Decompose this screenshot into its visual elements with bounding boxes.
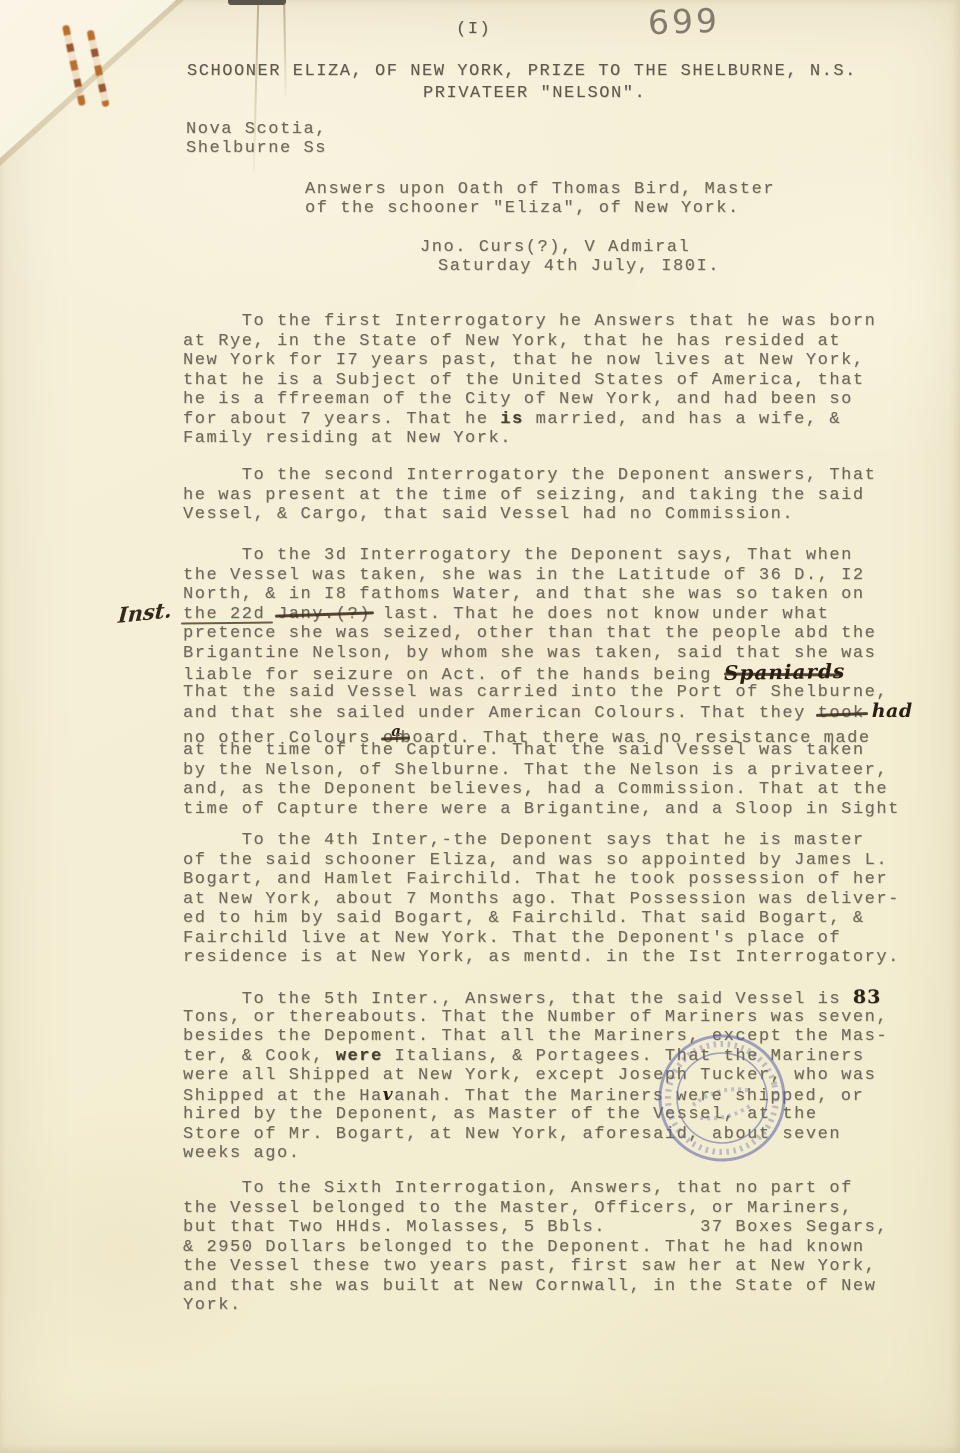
typed-text: Tons, or thereabouts. That the Number of… [183,1008,888,1027]
handwritten-correction: had [865,700,913,722]
text-line: Family residing at New York. [183,429,876,449]
typed-text: pretence she was seized, other than that… [183,624,876,643]
text-line: Tons, or thereabouts. That the Number of… [183,1008,888,1028]
typed-text: were [336,1047,383,1066]
typed-text: 83 [853,986,881,1008]
typed-text: for about 7 years. That he [183,410,500,429]
text-line: he was present at the time of seizing, a… [183,486,876,506]
text-line: the Vessel these two years past, first s… [183,1257,888,1277]
typed-text: the Vessel belonged to the Master, Offic… [183,1199,853,1218]
typed-text: but that Two HHds. Molasses, 5 Bbls. 37 … [183,1218,888,1237]
court-officer-line: Jno. Curs(?), V Admiral [420,238,690,257]
margin-note-handwritten: Inst. [117,597,172,628]
typed-text: besides the Depoment. That all the Marin… [183,1027,888,1046]
handwritten-correction: Spaniards [723,662,845,684]
handwritten-correction: v [383,1085,394,1105]
typed-text: is [500,410,524,429]
typed-text: To the 5th Inter., Answers, that the sai… [183,990,853,1009]
typed-text: last. That he does not know under what [371,605,829,624]
page-number: (I) [456,20,491,39]
typed-text: he is a ffreeman of the City of New York… [183,390,853,409]
typed-text: To the 3d Interrogatory the Deponent say… [183,546,853,565]
typed-text: and that she was built at New Cornwall, … [183,1277,876,1296]
paragraph-sixth-interrogatory: To the Sixth Interrogation, Answers, tha… [183,1179,888,1316]
date-line: Saturday 4th July, I80I. [438,257,720,276]
typed-text: residence is at New York, as mentd. in t… [183,948,900,967]
typed-text: Jany.(?) [277,605,371,624]
text-line: To the Sixth Interrogation, Answers, tha… [183,1179,888,1199]
typed-text: To the second Interrogatory the Deponent… [183,466,876,485]
typed-text: Fairchild live at New York. That the Dep… [183,929,841,948]
text-line: York. [183,1296,888,1316]
typed-text: the 22d [183,605,277,624]
typed-text: Italians, & Portagees. That the Mariners [383,1047,865,1066]
typed-text: of the said schooner Eliza, and was so a… [183,851,888,870]
typed-text: at New York, about 7 Months ago. That Po… [183,890,900,909]
text-line: That the said Vessel was carried into th… [183,683,913,703]
typed-text: To the first Interrogatory he Answers th… [183,312,876,331]
typed-text: at Rye, in the State of New York, that h… [183,332,841,351]
text-line: no other Colours onaboard. That there wa… [183,722,913,742]
paragraph-fourth-interrogatory: To the 4th Inter,-the Deponent says that… [183,831,900,968]
text-line: of the said schooner Eliza, and was so a… [183,851,900,871]
typed-text: Vessel, & Cargo, that said Vessel had no… [183,505,794,524]
text-line: the Vessel belonged to the Master, Offic… [183,1199,888,1219]
typed-text: New York for I7 years past, that he now … [183,351,865,370]
typed-text: and, as the Deponent believes, had a Com… [183,780,888,799]
typed-text: by the Nelson, of Shelburne. That the Ne… [183,761,888,780]
text-line: besides the Depoment. That all the Marin… [183,1027,888,1047]
text-line: Vessel, & Cargo, that said Vessel had no… [183,505,876,525]
typed-text: Shipped at the Ha [183,1087,383,1106]
typed-text: ed to him by said Bogart, & Fairchild. T… [183,909,865,928]
folio-number-handwritten: 699 [647,1,720,42]
text-line: liable for seizure on Act. of the hands … [183,663,913,683]
document-title-line1: SCHOONER ELIZA, OF NEW YORK, PRIZE TO TH… [187,62,857,81]
typed-text: time of Capture there were a Brigantine,… [183,800,900,819]
typed-text: that he is a Subject of the United State… [183,371,865,390]
text-line: and, as the Deponent believes, had a Com… [183,780,913,800]
typed-text: the Vessel was taken, she was in the Lat… [183,566,865,585]
typed-text: To the Sixth Interrogation, Answers, tha… [183,1179,853,1198]
document-title-line2: PRIVATEER "NELSON". [423,84,646,103]
text-line: ed to him by said Bogart, & Fairchild. T… [183,909,900,929]
paragraph-third-interrogatory: To the 3d Interrogatory the Deponent say… [183,546,913,819]
jurisdiction-line2: Shelburne Ss [186,139,327,158]
typed-text: on [383,729,407,748]
text-line: Fairchild live at New York. That the Dep… [183,929,900,949]
fold-crease [283,2,286,97]
text-line: residence is at New York, as mentd. in t… [183,948,900,968]
text-line: To the second Interrogatory the Deponent… [183,466,876,486]
text-line: New York for I7 years past, that he now … [183,351,876,371]
text-line: North, & in I8 fathoms Water, and that s… [183,585,913,605]
text-line: To the 5th Inter., Answers, that the sai… [183,988,888,1008]
paragraph-second-interrogatory: To the second Interrogatory the Deponent… [183,466,876,525]
text-line: the 22d Jany.(?) last. That he does not … [183,605,913,625]
typed-text: married, and has a wife, & [524,410,841,429]
typed-text: Family residing at New York. [183,429,512,448]
typed-text: he was present at the time of seizing, a… [183,486,865,505]
typed-text: and that she sailed under American Colou… [183,704,818,723]
typed-text: North, & in I8 fathoms Water, and that s… [183,585,865,604]
text-line: Bogart, and Hamlet Fairchild. That he to… [183,870,900,890]
text-line: at the time of the Capture. That the sai… [183,741,913,761]
typed-text: at the time of the Capture. That the sai… [183,741,865,760]
text-line: but that Two HHds. Molasses, 5 Bbls. 37 … [183,1218,888,1238]
jurisdiction-line1: Nova Scotia, [186,120,327,139]
text-line: for about 7 years. That he is married, a… [183,410,876,430]
typed-text: & 2950 Dollars belonged to the Deponent.… [183,1238,865,1257]
typed-text: Bogart, and Hamlet Fairchild. That he to… [183,870,888,889]
document-page: (I) 699 SCHOONER ELIZA, OF NEW YORK, PRI… [0,0,960,1453]
text-line: at Rye, in the State of New York, that h… [183,332,876,352]
text-line: he is a ffreeman of the City of New York… [183,390,876,410]
text-line: that he is a Subject of the United State… [183,371,876,391]
text-line: by the Nelson, of Shelburne. That the Ne… [183,761,913,781]
text-line: time of Capture there were a Brigantine,… [183,800,913,820]
text-line: the Vessel was taken, she was in the Lat… [183,566,913,586]
text-line: and that she sailed under American Colou… [183,702,913,722]
typed-text: To the 4th Inter,-the Deponent says that… [183,831,865,850]
typed-text: York. [183,1296,242,1315]
text-line: & 2950 Dollars belonged to the Deponent.… [183,1238,888,1258]
text-line: and that she was built at New Cornwall, … [183,1277,888,1297]
typed-text: the Vessel these two years past, first s… [183,1257,876,1276]
typed-text: weeks ago. [183,1144,301,1163]
text-line: To the 4th Inter,-the Deponent says that… [183,831,900,851]
text-line: To the first Interrogatory he Answers th… [183,312,876,332]
oath-line2: of the schooner "Eliza", of New York. [305,199,740,218]
text-line: at New York, about 7 Months ago. That Po… [183,890,900,910]
oath-line1: Answers upon Oath of Thomas Bird, Master [305,180,775,199]
text-line: To the 3d Interrogatory the Deponent say… [183,546,913,566]
text-line: pretence she was seized, other than that… [183,624,913,644]
typed-text: took [818,704,865,723]
paragraph-first-interrogatory: To the first Interrogatory he Answers th… [183,312,876,449]
typed-text: That the said Vessel was carried into th… [183,683,888,702]
typed-text: ter, & Cook, [183,1047,336,1066]
